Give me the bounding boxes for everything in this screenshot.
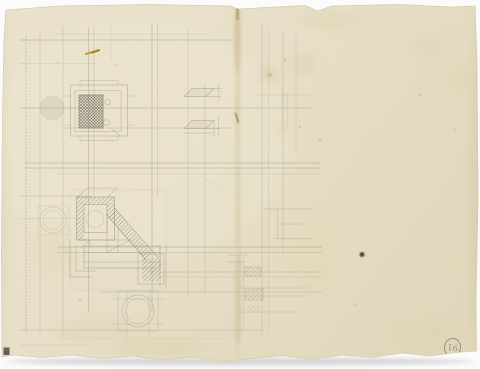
paper-grain-texture bbox=[0, 0, 480, 369]
paper-surface: 91 bbox=[0, 0, 480, 369]
scanned-drawing-sheet: 91 bbox=[0, 0, 480, 369]
drawing-scan-canvas: 91 bbox=[0, 0, 480, 369]
